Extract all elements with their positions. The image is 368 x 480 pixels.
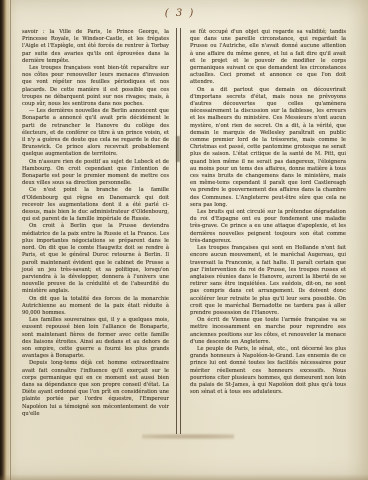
- newspaper-paragraph: On n'assure rien de positif au sujet de …: [22, 159, 169, 188]
- column-divider-rule: [176, 28, 181, 434]
- book-binding-edge: [0, 0, 10, 480]
- newspaper-paragraph: Les troupes françaises qui sont en Holla…: [190, 245, 346, 317]
- newspaper-paragraph: Ce n'est point la branche de la famille …: [22, 187, 169, 223]
- newspaper-paragraph: On a dit partout que demain on découvrir…: [190, 87, 346, 209]
- page-number: ( 3 ): [140, 8, 220, 19]
- newspaper-paragraph: Depuis long-tems déjà cet homme extraord…: [22, 360, 169, 418]
- newspaper-paragraph: On dit que la totalité des forces de la …: [22, 296, 169, 318]
- page-bottom-shadow: [0, 474, 368, 480]
- newspaper-page: ( 3 ) savoir : la Ville de Paris, le Pri…: [0, 0, 368, 480]
- newspaper-paragraph: Les troupes françaises vont bien-tôt rep…: [22, 65, 169, 108]
- newspaper-paragraph: savoir : la Ville de Paris, le Prince Ge…: [22, 29, 169, 65]
- newspaper-paragraph: Le peuple de Paris, le sénat, etc., ont …: [190, 346, 346, 396]
- right-column: se fût occupé d'un objet qui regarde sa …: [190, 29, 346, 396]
- newspaper-paragraph: se fût occupé d'un objet qui regarde sa …: [190, 29, 346, 87]
- newspaper-paragraph: Les familles souveraines qui, il y a que…: [22, 317, 169, 360]
- ink-bleed-through-mark: [142, 433, 234, 440]
- newspaper-paragraph: Les bruits qui ont circulé sur la préten…: [190, 209, 346, 245]
- newspaper-paragraph: On écrit de Vienne que toute l'armée fra…: [190, 317, 346, 346]
- page-edge-line: [10, 0, 11, 480]
- newspaper-paragraph: — Les dernières nouvelles de Berlin anno…: [22, 108, 169, 158]
- newspaper-paragraph: On croit à Berlin que la Prusse deviendr…: [22, 223, 169, 295]
- left-column: savoir : la Ville de Paris, le Prince Ge…: [22, 29, 169, 418]
